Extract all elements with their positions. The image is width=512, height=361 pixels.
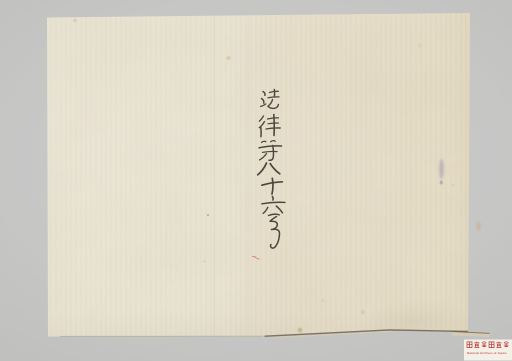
foxing-spot [418,44,422,48]
scan-artifacts-layer [0,0,512,361]
foxing-spot [477,222,480,231]
scanner-background: 法律第八十六号 [0,0,512,361]
corner-sheet-sliver [452,332,490,337]
archive-stamp-graphic: National Archives of Japan [464,338,512,361]
foxing-spot [361,310,364,313]
foxing-spot [227,56,231,60]
foxing-spot [452,184,455,187]
stamp-english-text: National Archives of Japan [467,351,507,355]
foxing-spot [322,299,325,302]
archive-stamp: National Archives of Japan [464,338,512,361]
foxing-spot [74,19,77,22]
foxing-spot [298,328,303,333]
ink-speck [207,214,209,216]
